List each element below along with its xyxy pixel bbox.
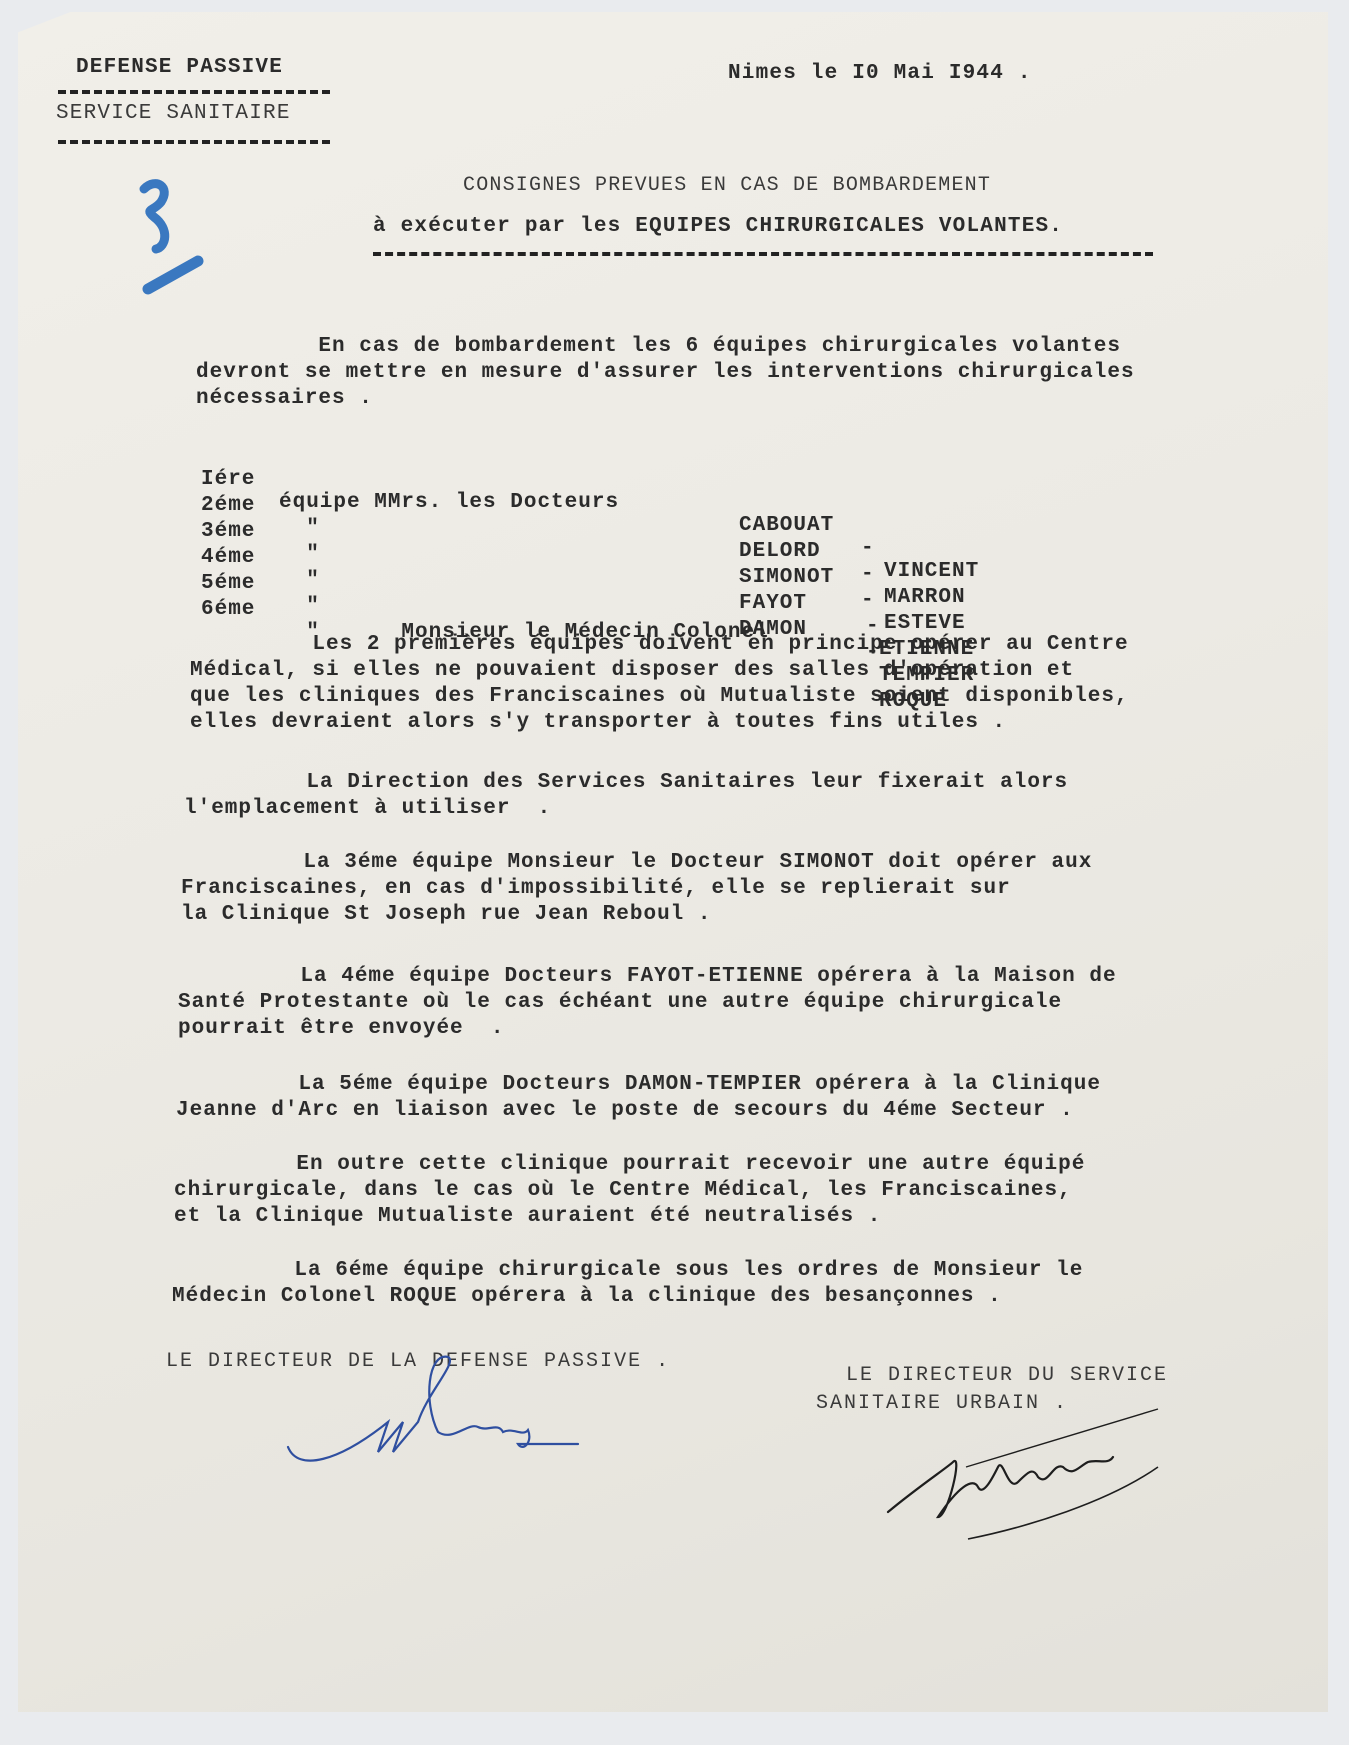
team-doctor-2: VINCENT — [884, 560, 979, 583]
title-line1: CONSIGNES PREVUES EN CAS DE BOMBARDEMENT — [463, 174, 991, 197]
org-service: SERVICE SANITAIRE — [56, 102, 291, 125]
team-separator: - — [861, 563, 888, 586]
team-doctor-1: DELORD — [739, 540, 821, 563]
signatory-right-title-1: LE DIRECTEUR DU SERVICE — [846, 1364, 1168, 1387]
title-underline — [373, 252, 1153, 256]
signature-right — [878, 1407, 1178, 1557]
team-label: " — [279, 517, 320, 540]
paragraph-team-4: La 4éme équipe Docteurs FAYOT-ETIENNE op… — [178, 964, 1298, 1042]
divider — [58, 90, 330, 94]
team-separator: - — [861, 589, 888, 612]
team-doctor-2: MARRON — [884, 586, 966, 609]
paragraph-additional: En outre cette clinique pourrait recevoi… — [174, 1152, 1294, 1230]
paragraph-direction: La Direction des Services Sanitaires leu… — [184, 770, 1304, 822]
document-page: DEFENSE PASSIVE SERVICE SANITAIRE Nimes … — [18, 12, 1328, 1712]
handwritten-number-3 — [126, 177, 236, 297]
date-line: Nimes le I0 Mai I944 . — [728, 62, 1032, 85]
team-label: " — [279, 595, 320, 618]
team-label: équipe MMrs. les Docteurs — [279, 491, 619, 514]
signature-left — [278, 1352, 598, 1482]
title-line2: à exécuter par les EQUIPES CHIRURGICALES… — [373, 215, 1063, 238]
paragraph-team-6: La 6éme équipe chirurgicale sous les ord… — [172, 1258, 1292, 1310]
paragraph-team-5: La 5éme équipe Docteurs DAMON-TEMPIER op… — [176, 1072, 1296, 1124]
divider — [58, 140, 330, 144]
team-label: " — [279, 569, 320, 592]
intro-paragraph: En cas de bombardement les 6 équipes chi… — [196, 334, 1316, 412]
team-doctor-1: FAYOT — [739, 592, 807, 615]
team-doctor-1: CABOUAT — [739, 514, 834, 537]
paragraph-first-teams: Les 2 premières équipes doivent en princ… — [190, 632, 1310, 736]
org-name: DEFENSE PASSIVE — [76, 56, 283, 79]
team-doctor-1: SIMONOT — [739, 566, 834, 589]
team-label: " — [279, 543, 320, 566]
paragraph-team-3: La 3éme équipe Monsieur le Docteur SIMON… — [181, 850, 1301, 928]
team-rank: 6éme — [201, 598, 255, 621]
team-separator: - — [861, 537, 888, 560]
